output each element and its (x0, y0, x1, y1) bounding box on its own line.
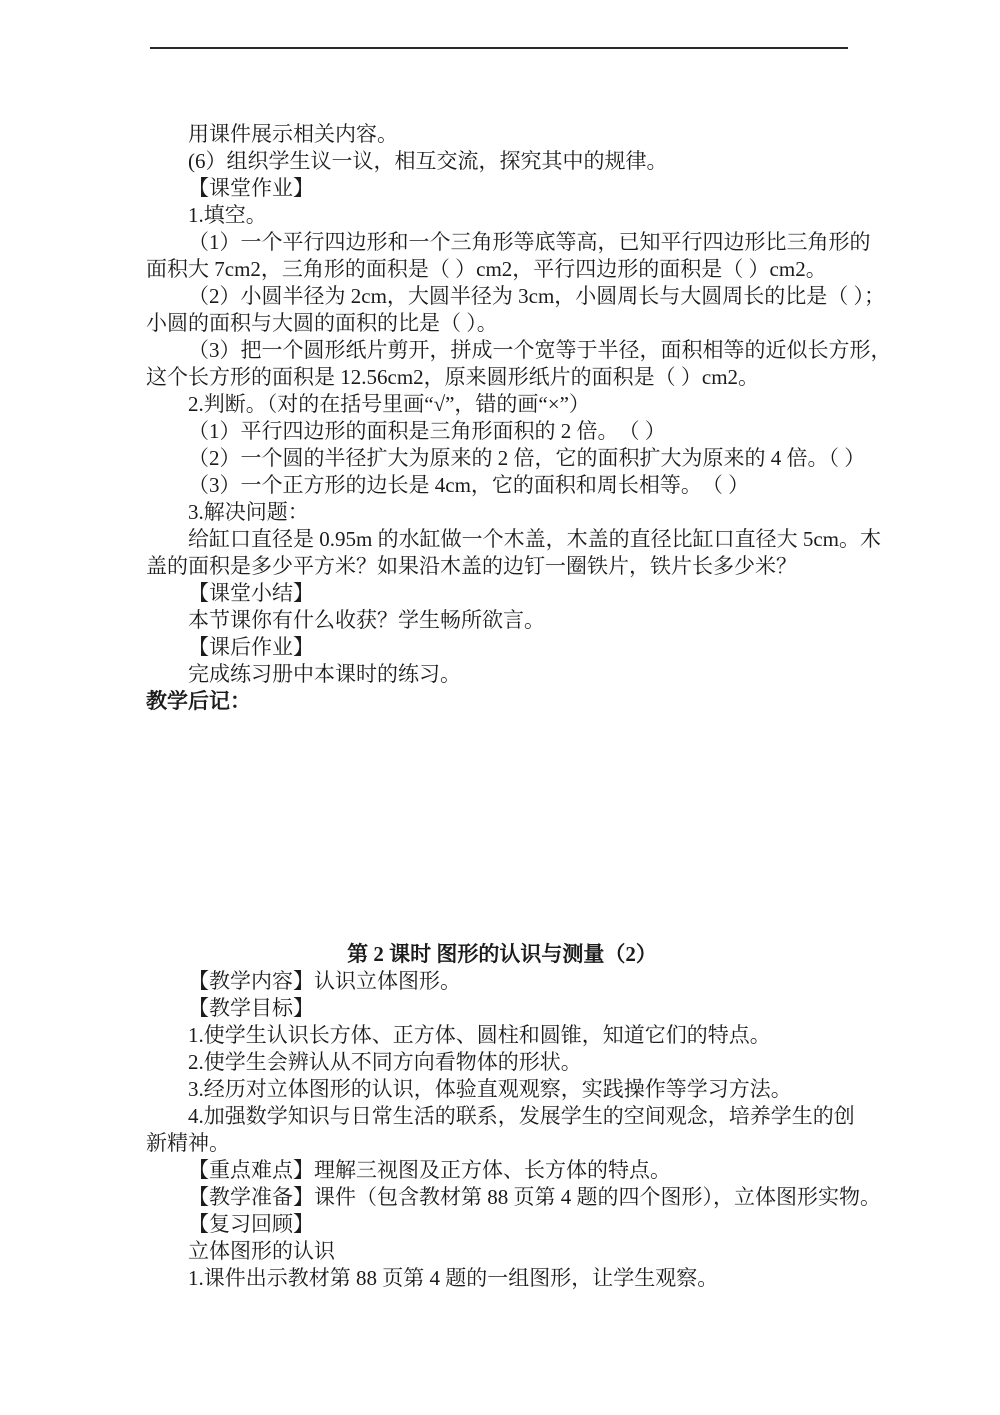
text-line: （3）一个正方形的边长是 4cm，它的面积和周长相等。 （ ） (146, 472, 858, 499)
section-lesson1-remainder: 用课件展示相关内容。(6）组织学生议一议，相互交流，探究其中的规律。【课堂作业】… (146, 121, 858, 688)
text-line: 1.填空。 (146, 202, 858, 229)
text-line: （3）把一个圆形纸片剪开，拼成一个宽等于半径，面积相等的近似长方形， (146, 337, 858, 364)
header-rule (150, 47, 848, 49)
section-lesson2: 【教学内容】认识立体图形。【教学目标】1.使学生认识长方体、正方体、圆柱和圆锥，… (146, 968, 858, 1292)
document-page: 用课件展示相关内容。(6）组织学生议一议，相互交流，探究其中的规律。【课堂作业】… (0, 0, 1000, 1415)
text-line: （2）一个圆的半径扩大为原来的 2 倍，它的面积扩大为原来的 4 倍。（ ） (146, 445, 858, 472)
text-line: 【教学准备】课件（包含教材第 88 页第 4 题的四个图形），立体图形实物。 (146, 1184, 858, 1211)
text-line: 1.课件出示教材第 88 页第 4 题的一组图形，让学生观察。 (146, 1265, 858, 1292)
text-line: 用课件展示相关内容。 (146, 121, 858, 148)
text-line: 【课堂作业】 (146, 175, 858, 202)
text-line: 2.使学生会辨认从不同方向看物体的形状。 (146, 1049, 858, 1076)
text-line: 【教学目标】 (146, 995, 858, 1022)
text-line: 盖的面积是多少平方米？如果沿木盖的边钉一圈铁片，铁片长多少米？ (146, 553, 858, 580)
text-line: 【课堂小结】 (146, 580, 858, 607)
teaching-notes-label: 教学后记： (146, 688, 858, 715)
text-line: 4.加强数学知识与日常生活的联系，发展学生的空间观念，培养学生的创 (146, 1103, 858, 1130)
text-line: 2.判断。（对的在括号里画“√”，错的画“×”） (146, 391, 858, 418)
text-line: 1.使学生认识长方体、正方体、圆柱和圆锥，知道它们的特点。 (146, 1022, 858, 1049)
text-line: （2）小圆半径为 2cm，大圆半径为 3cm，小圆周长与大圆周长的比是（ ）； (146, 283, 858, 310)
lesson2-title: 第 2 课时 图形的认识与测量（2） (146, 941, 858, 968)
text-line: 给缸口直径是 0.95m 的水缸做一个木盖，木盖的直径比缸口直径大 5cm。木 (146, 526, 858, 553)
text-line: （1）一个平行四边形和一个三角形等底等高，已知平行四边形比三角形的 (146, 229, 858, 256)
text-line: 立体图形的认识 (146, 1238, 858, 1265)
text-line: 完成练习册中本课时的练习。 (146, 661, 858, 688)
blank-notes-area (146, 715, 858, 941)
text-line: 3.经历对立体图形的认识，体验直观观察，实践操作等学习方法。 (146, 1076, 858, 1103)
text-line: 3.解决问题： (146, 499, 858, 526)
document-body: 用课件展示相关内容。(6）组织学生议一议，相互交流，探究其中的规律。【课堂作业】… (146, 121, 858, 1292)
text-line: (6）组织学生议一议，相互交流，探究其中的规律。 (146, 148, 858, 175)
text-line: （1）平行四边形的面积是三角形面积的 2 倍。 （ ） (146, 418, 858, 445)
text-line: 【教学内容】认识立体图形。 (146, 968, 858, 995)
text-line: 新精神。 (146, 1130, 858, 1157)
text-line: 面积大 7cm2，三角形的面积是（ ）cm2，平行四边形的面积是（ ）cm2。 (146, 256, 858, 283)
text-line: 【课后作业】 (146, 634, 858, 661)
text-line: 本节课你有什么收获？学生畅所欲言。 (146, 607, 858, 634)
text-line: 小圆的面积与大圆的面积的比是（ ）。 (146, 310, 858, 337)
text-line: 【复习回顾】 (146, 1211, 858, 1238)
text-line: 这个长方形的面积是 12.56cm2，原来圆形纸片的面积是（ ）cm2。 (146, 364, 858, 391)
text-line: 【重点难点】理解三视图及正方体、长方体的特点。 (146, 1157, 858, 1184)
